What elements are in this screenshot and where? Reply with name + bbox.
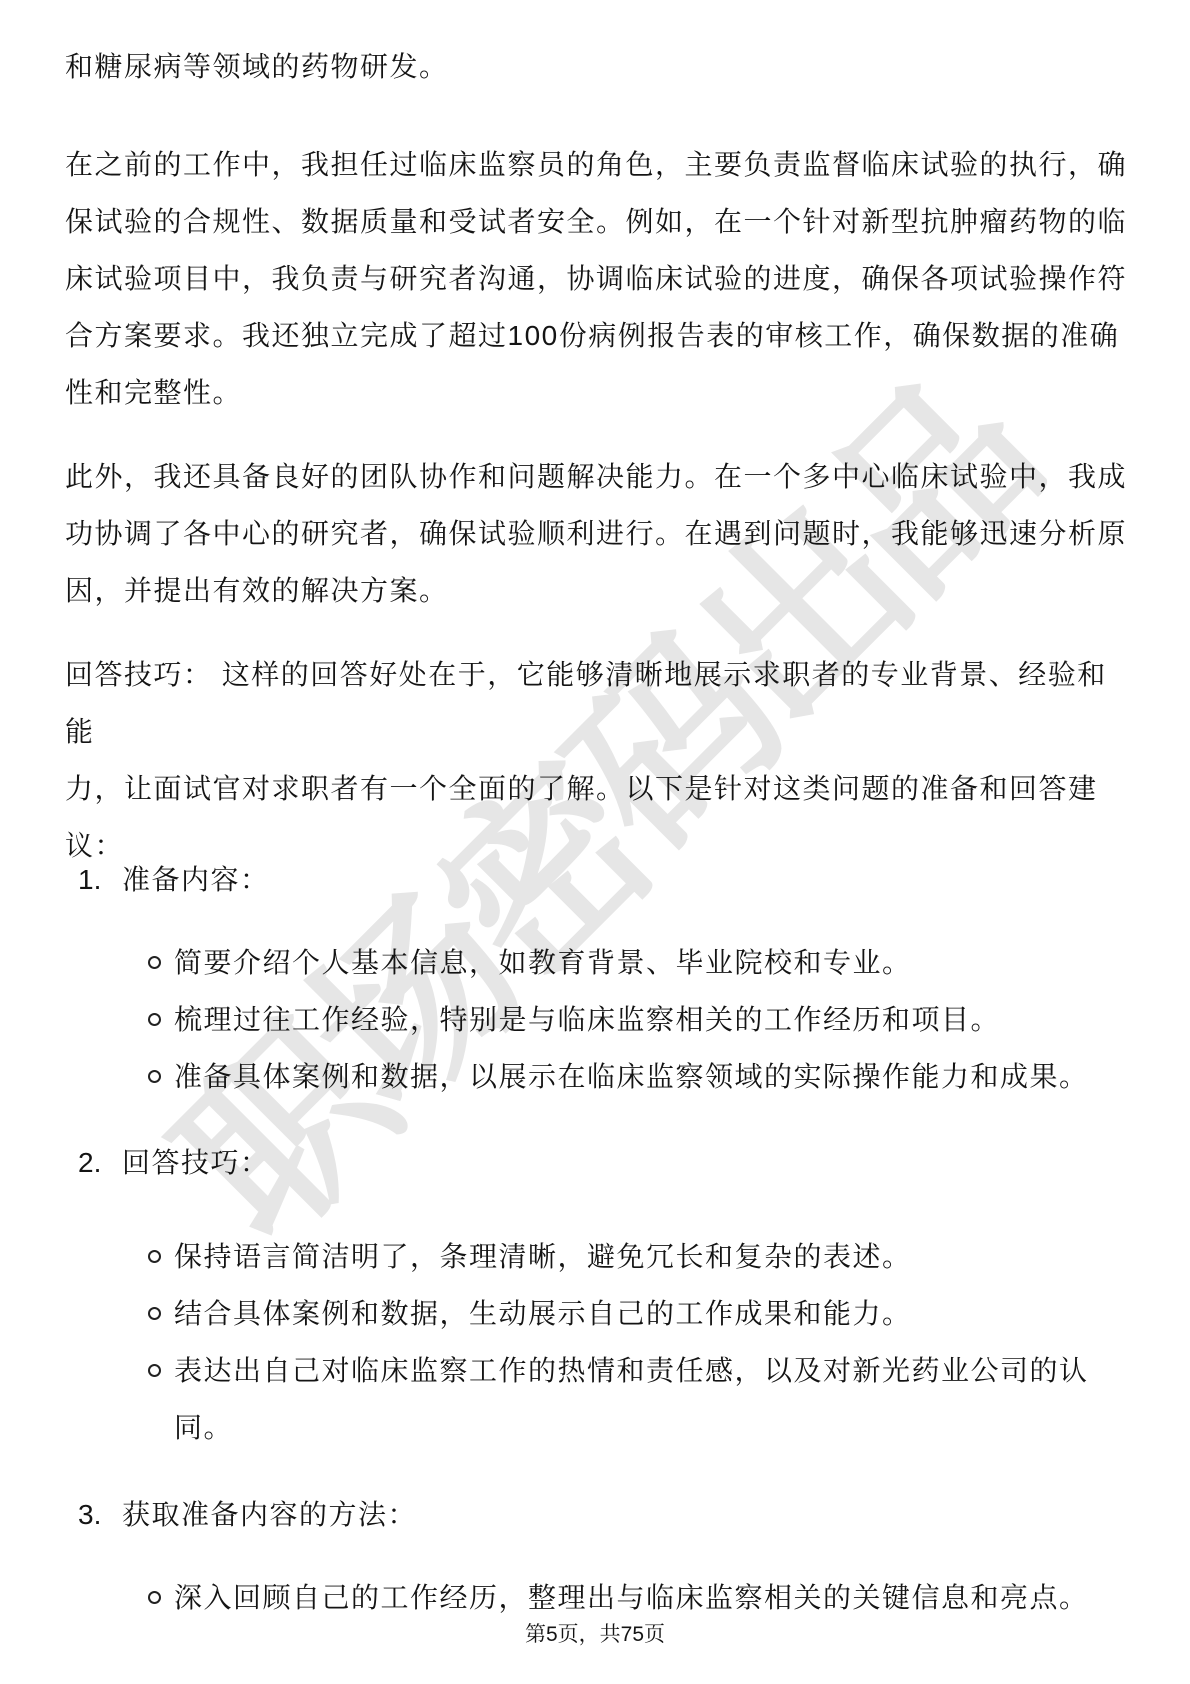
- list-item-3-label: 获取准备内容的方法：: [122, 1499, 417, 1530]
- bullet-item: 表达出自己对临床监察工作的热情和责任感，以及对新光药业公司的认 同。: [148, 1342, 1127, 1456]
- list-item-2-label: 回答技巧：: [122, 1147, 270, 1178]
- bullet-item: 梳理过往工作经验，特别是与临床监察相关的工作经历和项目。: [148, 991, 1127, 1048]
- bullet-text: 表达出自己对临床监察工作的热情和责任感，以及对新光药业公司的认 同。: [174, 1342, 1127, 1456]
- bullet-group-3: 深入回顾自己的工作经历，整理出与临床监察相关的关键信息和亮点。: [148, 1569, 1127, 1626]
- bullet-icon: [148, 1013, 161, 1026]
- list-item-3: 3.获取准备内容的方法：: [78, 1486, 1127, 1543]
- bullet-icon: [148, 1250, 161, 1263]
- bullet-text: 保持语言简洁明了，条理清晰，避免冗长和复杂的表述。: [174, 1228, 1127, 1285]
- bullet-item: 结合具体案例和数据，生动展示自己的工作成果和能力。: [148, 1285, 1127, 1342]
- bullet-icon: [148, 956, 161, 969]
- bullet-text: 梳理过往工作经验，特别是与临床监察相关的工作经历和项目。: [174, 991, 1127, 1048]
- bullet-item: 保持语言简洁明了，条理清晰，避免冗长和复杂的表述。: [148, 1228, 1127, 1285]
- bullet-item: 深入回顾自己的工作经历，整理出与临床监察相关的关键信息和亮点。: [148, 1569, 1127, 1626]
- list-item-1-label: 准备内容：: [122, 864, 270, 895]
- bullet-group-1: 简要介绍个人基本信息，如教育背景、毕业院校和专业。 梳理过往工作经验，特别是与临…: [148, 934, 1127, 1105]
- bullet-item: 简要介绍个人基本信息，如教育背景、毕业院校和专业。: [148, 934, 1127, 991]
- bullet-icon: [148, 1364, 161, 1377]
- document-content: 和糖尿病等领域的药物研发。 在之前的工作中，我担任过临床监察员的角色，主要负责监…: [0, 0, 1190, 1684]
- list-item-1-number: 1.: [78, 851, 122, 908]
- paragraph-teamwork: 此外，我还具备良好的团队协作和问题解决能力。在一个多中心临床试验中，我成 功协调…: [65, 448, 1127, 619]
- paragraph-work-experience: 在之前的工作中，我担任过临床监察员的角色，主要负责监督临床试验的执行，确 保试验…: [65, 136, 1127, 421]
- bullet-text: 结合具体案例和数据，生动展示自己的工作成果和能力。: [174, 1285, 1127, 1342]
- paragraph-intro-tail: 和糖尿病等领域的药物研发。: [65, 38, 1127, 95]
- list-item-2: 2.回答技巧：: [78, 1134, 1127, 1191]
- bullet-group-2: 保持语言简洁明了，条理清晰，避免冗长和复杂的表述。 结合具体案例和数据，生动展示…: [148, 1228, 1127, 1456]
- bullet-icon: [148, 1307, 161, 1320]
- bullet-icon: [148, 1591, 161, 1604]
- list-item-1: 1.准备内容：: [78, 851, 1127, 908]
- bullet-text: 准备具体案例和数据，以展示在临床监察领域的实际操作能力和成果。: [174, 1048, 1127, 1105]
- bullet-text: 简要介绍个人基本信息，如教育背景、毕业院校和专业。: [174, 934, 1127, 991]
- bullet-icon: [148, 1070, 161, 1083]
- bullet-item: 准备具体案例和数据，以展示在临床监察领域的实际操作能力和成果。: [148, 1048, 1127, 1105]
- list-item-2-number: 2.: [78, 1134, 122, 1191]
- list-item-3-number: 3.: [78, 1486, 122, 1543]
- document-page: 职场密码出品 和糖尿病等领域的药物研发。 在之前的工作中，我担任过临床监察员的角…: [0, 0, 1190, 1684]
- paragraph-answer-tips-intro: 回答技巧： 这样的回答好处在于，它能够清晰地展示求职者的专业背景、经验和能 力，…: [65, 646, 1127, 874]
- bullet-text: 深入回顾自己的工作经历，整理出与临床监察相关的关键信息和亮点。: [174, 1569, 1127, 1626]
